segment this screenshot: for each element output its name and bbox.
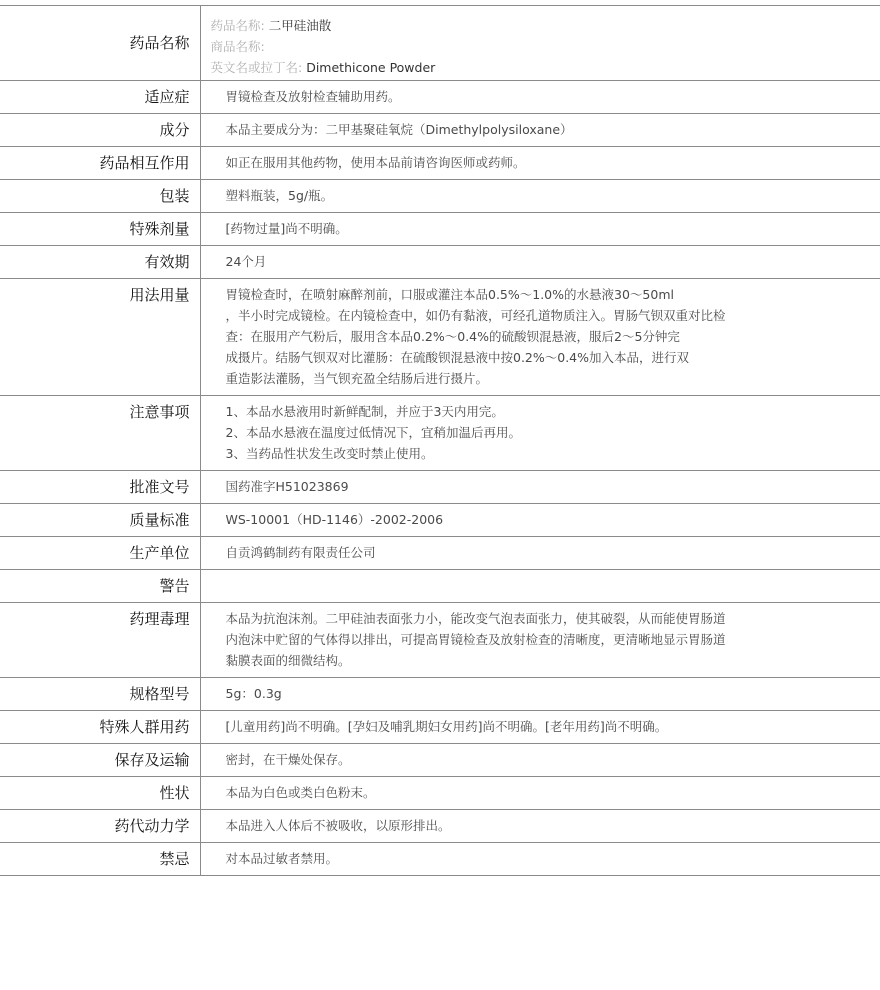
row-quality-standard: 质量标准WS-10001（HD-1146）-2002-2006: [0, 504, 880, 537]
row-label: 性状: [0, 777, 200, 810]
row-pharmacology-toxicology: 药理毒理本品为抗泡沫剂。二甲硅油表面张力小，能改变气泡表面张力，使其破裂，从而能…: [0, 603, 880, 678]
row-value: 国药准字H51023869: [200, 471, 880, 504]
row-label: 包装: [0, 180, 200, 213]
row-value: 胃镜检查及放射检查辅助用药。: [200, 81, 880, 114]
value-line: 成摄片。结肠气钡双对比灌肠：在硫酸钡混悬液中按0.2%～0.4%加入本品，进行双: [226, 347, 880, 368]
trade-name-key: 商品名称:: [211, 39, 265, 54]
value-line: 3、当药品性状发生改变时禁止使用。: [226, 443, 880, 464]
row-label: 批准文号: [0, 471, 200, 504]
value-line: 对本品过敏者禁用。: [226, 848, 880, 869]
row-manufacturer: 生产单位自贡鸿鹤制药有限责任公司: [0, 537, 880, 570]
value-line: 1、本品水悬液用时新鲜配制，并应于3天内用完。: [226, 401, 880, 422]
row-label: 药品名称: [0, 6, 200, 81]
value-line: 塑料瓶装，5g/瓶。: [226, 185, 880, 206]
row-value: WS-10001（HD-1146）-2002-2006: [200, 504, 880, 537]
row-label: 药理毒理: [0, 603, 200, 678]
generic-name-value: 二甲硅油散: [269, 18, 332, 33]
row-packaging: 包装塑料瓶装，5g/瓶。: [0, 180, 880, 213]
english-name-value: Dimethicone Powder: [306, 60, 435, 75]
row-label: 警告: [0, 570, 200, 603]
row-value: 本品为白色或类白色粉末。: [200, 777, 880, 810]
value-line: ​: [226, 575, 880, 596]
row-label: 特殊剂量: [0, 213, 200, 246]
row-value: [儿童用药]尚不明确。[孕妇及哺乳期妇女用药]尚不明确。[老年用药]尚不明确。: [200, 711, 880, 744]
row-drug-name: 药品名称 药品名称: 二甲硅油散 商品名称: 英文名或拉丁名: Dimethic…: [0, 6, 880, 81]
row-value: 如正在服用其他药物，使用本品前请咨询医师或药师。: [200, 147, 880, 180]
value-line: 黏膜表面的细微结构。: [226, 650, 880, 671]
value-line: 如正在服用其他药物，使用本品前请咨询医师或药师。: [226, 152, 880, 173]
row-label: 药品相互作用: [0, 147, 200, 180]
row-special-populations: 特殊人群用药[儿童用药]尚不明确。[孕妇及哺乳期妇女用药]尚不明确。[老年用药]…: [0, 711, 880, 744]
row-drug-interactions: 药品相互作用如正在服用其他药物，使用本品前请咨询医师或药师。: [0, 147, 880, 180]
row-label: 特殊人群用药: [0, 711, 200, 744]
value-line: 国药准字H51023869: [226, 476, 880, 497]
value-line: 本品主要成分为：二甲基聚硅氧烷（Dimethylpolysiloxane）: [226, 119, 880, 140]
row-specification: 规格型号5g：0.3g: [0, 678, 880, 711]
row-value: 塑料瓶装，5g/瓶。: [200, 180, 880, 213]
row-value: 密封，在干燥处保存。: [200, 744, 880, 777]
row-usage-dosage: 用法用量胃镜检查时，在喷射麻醉剂前，口服或灌注本品0.5%～1.0%的水悬液30…: [0, 279, 880, 396]
english-name-line: 英文名或拉丁名: Dimethicone Powder: [211, 57, 880, 78]
row-special-dosage: 特殊剂量[药物过量]尚不明确。: [0, 213, 880, 246]
row-value: 1、本品水悬液用时新鲜配制，并应于3天内用完。2、本品水悬液在温度过低情况下，宜…: [200, 396, 880, 471]
value-line: 2、本品水悬液在温度过低情况下，宜稍加温后再用。: [226, 422, 880, 443]
row-indications: 适应症胃镜检查及放射检查辅助用药。: [0, 81, 880, 114]
value-line: 密封，在干燥处保存。: [226, 749, 880, 770]
row-label: 适应症: [0, 81, 200, 114]
generic-name-key: 药品名称:: [211, 18, 265, 33]
row-value: 24个月: [200, 246, 880, 279]
value-line: 本品为白色或类白色粉末。: [226, 782, 880, 803]
row-value: 胃镜检查时，在喷射麻醉剂前，口服或灌注本品0.5%～1.0%的水悬液30～50m…: [200, 279, 880, 396]
value-line: [药物过量]尚不明确。: [226, 218, 880, 239]
row-value: [药物过量]尚不明确。: [200, 213, 880, 246]
row-approval-number: 批准文号国药准字H51023869: [0, 471, 880, 504]
row-label: 规格型号: [0, 678, 200, 711]
row-appearance: 性状本品为白色或类白色粉末。: [0, 777, 880, 810]
row-label: 药代动力学: [0, 810, 200, 843]
row-value: 自贡鸿鹤制药有限责任公司: [200, 537, 880, 570]
row-label: 成分: [0, 114, 200, 147]
row-label: 禁忌: [0, 843, 200, 876]
value-line: 查：在服用产气粉后，服用含本品0.2%～0.4%的硫酸钡混悬液，服后2～5分钟完: [226, 326, 880, 347]
value-line: 重造影法灌肠，当气钡充盈全结肠后进行摄片。: [226, 368, 880, 389]
value-line: 本品为抗泡沫剂。二甲硅油表面张力小，能改变气泡表面张力，使其破裂，从而能使胃肠道: [226, 608, 880, 629]
row-storage-transport: 保存及运输密封，在干燥处保存。: [0, 744, 880, 777]
row-value: 本品主要成分为：二甲基聚硅氧烷（Dimethylpolysiloxane）: [200, 114, 880, 147]
row-contraindications: 禁忌对本品过敏者禁用。: [0, 843, 880, 876]
row-label: 用法用量: [0, 279, 200, 396]
row-pharmacokinetics: 药代动力学本品进入人体后不被吸收，以原形排出。: [0, 810, 880, 843]
value-line: [儿童用药]尚不明确。[孕妇及哺乳期妇女用药]尚不明确。[老年用药]尚不明确。: [226, 716, 880, 737]
row-value: 5g：0.3g: [200, 678, 880, 711]
row-label: 注意事项: [0, 396, 200, 471]
value-line: WS-10001（HD-1146）-2002-2006: [226, 509, 880, 530]
value-line: 胃镜检查及放射检查辅助用药。: [226, 86, 880, 107]
row-precautions: 注意事项1、本品水悬液用时新鲜配制，并应于3天内用完。2、本品水悬液在温度过低情…: [0, 396, 880, 471]
generic-name-line: 药品名称: 二甲硅油散: [211, 15, 880, 36]
row-warning: 警告​: [0, 570, 880, 603]
value-line: ，半小时完成镜检。在内镜检查中，如仍有黏液，可经孔道物质注入。胃肠气钡双重对比检: [226, 305, 880, 326]
value-line: 内泡沫中贮留的气体得以排出，可提高胃镜检查及放射检查的清晰度，更清晰地显示胃肠道: [226, 629, 880, 650]
row-label: 质量标准: [0, 504, 200, 537]
row-value: ​: [200, 570, 880, 603]
trade-name-line: 商品名称:: [211, 36, 880, 57]
row-label: 有效期: [0, 246, 200, 279]
row-label: 保存及运输: [0, 744, 200, 777]
english-name-key: 英文名或拉丁名:: [211, 60, 303, 75]
value-line: 自贡鸿鹤制药有限责任公司: [226, 542, 880, 563]
row-shelf-life: 有效期24个月: [0, 246, 880, 279]
row-value: 本品进入人体后不被吸收，以原形排出。: [200, 810, 880, 843]
row-label: 生产单位: [0, 537, 200, 570]
value-line: 胃镜检查时，在喷射麻醉剂前，口服或灌注本品0.5%～1.0%的水悬液30～50m…: [226, 284, 880, 305]
drug-spec-table: 药品名称 药品名称: 二甲硅油散 商品名称: 英文名或拉丁名: Dimethic…: [0, 5, 880, 876]
row-value: 本品为抗泡沫剂。二甲硅油表面张力小，能改变气泡表面张力，使其破裂，从而能使胃肠道…: [200, 603, 880, 678]
value-line: 24个月: [226, 251, 880, 272]
value-line: 本品进入人体后不被吸收，以原形排出。: [226, 815, 880, 836]
value-line: 5g：0.3g: [226, 683, 880, 704]
drug-name-values: 药品名称: 二甲硅油散 商品名称: 英文名或拉丁名: Dimethicone P…: [200, 6, 880, 81]
row-value: 对本品过敏者禁用。: [200, 843, 880, 876]
row-ingredients: 成分本品主要成分为：二甲基聚硅氧烷（Dimethylpolysiloxane）: [0, 114, 880, 147]
